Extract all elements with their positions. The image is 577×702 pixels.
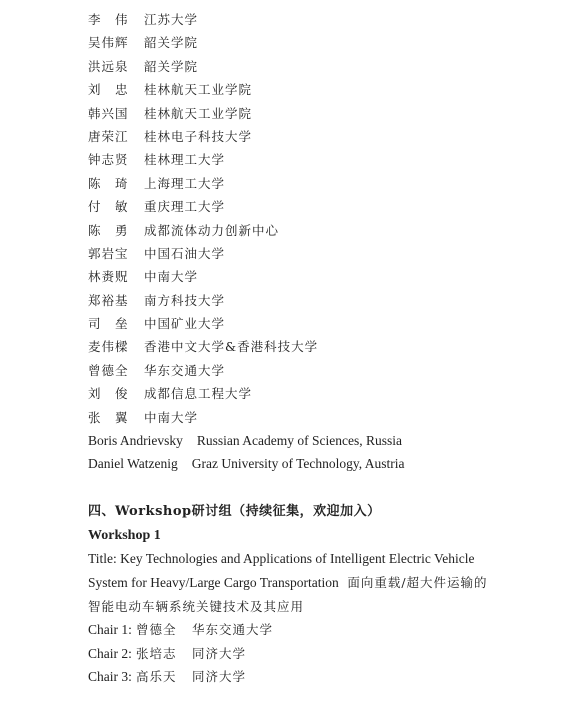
member-name: 李 伟 [88, 8, 144, 31]
member-affiliation: Russian Academy of Sciences, Russia [197, 433, 402, 448]
member-name: Boris Andrievsky [88, 429, 183, 452]
member-row: 钟志贤桂林理工大学 [88, 148, 558, 171]
member-name: 刘 忠 [88, 78, 144, 101]
member-name: 付 敏 [88, 195, 144, 218]
member-name: 唐荣江 [88, 125, 144, 148]
member-row: 林赉贶中南大学 [88, 265, 558, 288]
member-affiliation: 南方科技大学 [144, 289, 225, 312]
member-name: 林赉贶 [88, 265, 144, 288]
member-affiliation: 华东交通大学 [144, 359, 225, 382]
chair-name: 曾德全 [136, 618, 192, 641]
member-name: 陈 勇 [88, 219, 144, 242]
member-row: 刘 俊成都信息工程大学 [88, 382, 558, 405]
workshop-title: Title: Key Technologies and Applications… [88, 547, 558, 618]
member-affiliation: 中国矿业大学 [144, 312, 225, 335]
member-name: 司 垒 [88, 312, 144, 335]
member-name: 麦伟樑 [88, 335, 144, 358]
member-row: 张 翼中南大学 [88, 406, 558, 429]
member-row: 刘 忠桂林航天工业学院 [88, 78, 558, 101]
chair-row: Chair 1:曾德全华东交通大学 [88, 618, 558, 641]
section-heading: 四、Workshop研讨组（持续征集，欢迎加入） [88, 500, 558, 524]
member-affiliation: 中南大学 [144, 265, 198, 288]
workshop-title-cn-line1: 面向重载/超大件运输的 [347, 575, 487, 590]
chair-label: Chair 1: [88, 618, 136, 641]
workshop-title-en-line2: System for Heavy/Large Cargo Transportat… [88, 575, 339, 590]
chair-affiliation: 华东交通大学 [192, 622, 273, 637]
member-row: 郭岩宝中国石油大学 [88, 242, 558, 265]
member-affiliation: 中国石油大学 [144, 242, 225, 265]
member-name: 韩兴国 [88, 102, 144, 125]
member-affiliation: 香港中文大学&香港科技大学 [144, 335, 318, 358]
member-name: 张 翼 [88, 406, 144, 429]
member-affiliation: 中南大学 [144, 406, 198, 429]
member-affiliation: 江苏大学 [144, 8, 198, 31]
member-affiliation: 韶关学院 [144, 55, 198, 78]
spacer [88, 476, 558, 500]
chair-label: Chair 3: [88, 665, 136, 688]
member-row: 司 垒中国矿业大学 [88, 312, 558, 335]
member-row: 韩兴国桂林航天工业学院 [88, 102, 558, 125]
member-affiliation: 桂林航天工业学院 [144, 102, 252, 125]
member-affiliation: 成都流体动力创新中心 [144, 219, 279, 242]
workshop-heading: Workshop 1 [88, 524, 558, 547]
member-name: 郑裕基 [88, 289, 144, 312]
member-row: 麦伟樑香港中文大学&香港科技大学 [88, 335, 558, 358]
member-affiliation: Graz University of Technology, Austria [192, 456, 405, 471]
member-row: 吴伟辉韶关学院 [88, 31, 558, 54]
member-row: 付 敏重庆理工大学 [88, 195, 558, 218]
document-page: 李 伟江苏大学 吴伟辉韶关学院 洪远泉韶关学院 刘 忠桂林航天工业学院 韩兴国桂… [88, 8, 558, 689]
member-name: 曾德全 [88, 359, 144, 382]
member-row: 郑裕基南方科技大学 [88, 289, 558, 312]
member-affiliation: 韶关学院 [144, 31, 198, 54]
chair-list: Chair 1:曾德全华东交通大学 Chair 2:张培志同济大学 Chair … [88, 618, 558, 688]
workshop-title-en-line1: Title: Key Technologies and Applications… [88, 547, 558, 570]
member-list: 李 伟江苏大学 吴伟辉韶关学院 洪远泉韶关学院 刘 忠桂林航天工业学院 韩兴国桂… [88, 8, 558, 476]
chair-name: 张培志 [136, 642, 192, 665]
member-affiliation: 上海理工大学 [144, 172, 225, 195]
member-affiliation: 桂林航天工业学院 [144, 78, 252, 101]
member-name: 洪远泉 [88, 55, 144, 78]
member-name: 吴伟辉 [88, 31, 144, 54]
member-name: 钟志贤 [88, 148, 144, 171]
chair-row: Chair 3:高乐天同济大学 [88, 665, 558, 688]
member-affiliation: 成都信息工程大学 [144, 382, 252, 405]
chair-name: 高乐天 [136, 665, 192, 688]
chair-affiliation: 同济大学 [192, 669, 246, 684]
member-name: 郭岩宝 [88, 242, 144, 265]
member-row: Daniel WatzenigGraz University of Techno… [88, 452, 558, 475]
member-row: 唐荣江桂林电子科技大学 [88, 125, 558, 148]
member-affiliation: 桂林理工大学 [144, 148, 225, 171]
member-row: 陈 勇成都流体动力创新中心 [88, 219, 558, 242]
member-row: 陈 琦上海理工大学 [88, 172, 558, 195]
workshop-title-cn-line2: 智能电动车辆系统关键技术及其应用 [88, 595, 558, 618]
member-name: 刘 俊 [88, 382, 144, 405]
member-affiliation: 重庆理工大学 [144, 195, 225, 218]
member-affiliation: 桂林电子科技大学 [144, 125, 252, 148]
chair-row: Chair 2:张培志同济大学 [88, 642, 558, 665]
member-row: 洪远泉韶关学院 [88, 55, 558, 78]
member-row: 李 伟江苏大学 [88, 8, 558, 31]
member-row: Boris AndrievskyRussian Academy of Scien… [88, 429, 558, 452]
chair-label: Chair 2: [88, 642, 136, 665]
chair-affiliation: 同济大学 [192, 646, 246, 661]
member-name: 陈 琦 [88, 172, 144, 195]
member-name: Daniel Watzenig [88, 452, 178, 475]
member-row: 曾德全华东交通大学 [88, 359, 558, 382]
